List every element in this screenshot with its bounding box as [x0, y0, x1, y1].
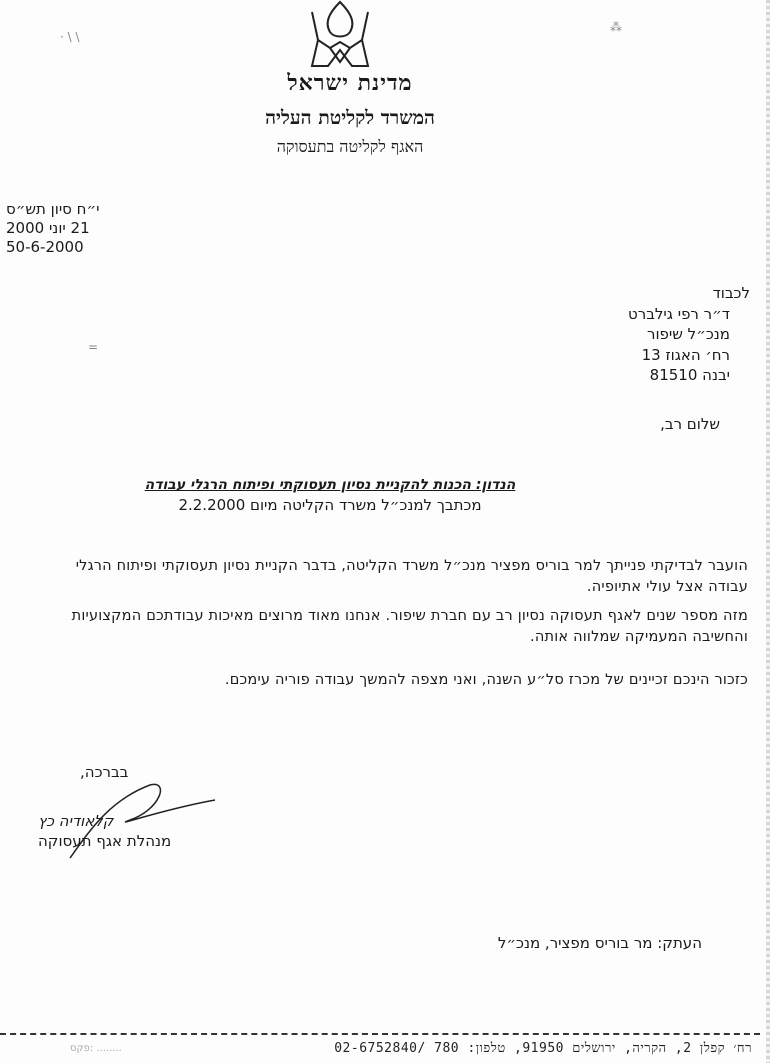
scan-edge [766, 0, 770, 1063]
recipient-name: ד״ר רפי גילברט [510, 304, 750, 325]
carbon-copy: העתק: מר בוריס מפציר, מנכ״ל [498, 934, 702, 952]
reference-number: 50-6-2000 [6, 238, 100, 257]
scan-mark: ⁂ [610, 20, 622, 34]
body-paragraph-2: מזה מספר שנים לאגף תעסוקה נסיון רב עם חב… [48, 606, 748, 648]
recipient-city: יבנה 81510 [510, 365, 750, 386]
signer-role: מנהלת אגף תעסוקה [38, 832, 171, 850]
date-block: י״ח סיון תש״ס 21 יוני 2000 50-6-2000 [6, 200, 100, 257]
body-paragraph-3: כזכור הינכם זכיינים של מכרז סל״ע השנה, ו… [48, 670, 748, 691]
scan-mark: · \ \ [60, 30, 80, 44]
closing-regards: בברכה, [80, 763, 128, 781]
recipient-address: לכבוד ד״ר רפי גילברט מנכ״ל שיפור רח׳ האג… [510, 283, 750, 386]
signer-name: קלאודיה כץ [38, 812, 113, 830]
recipient-salutation: לכבוד [510, 283, 750, 304]
footer-divider [0, 1033, 760, 1035]
recipient-title: מנכ״ל שיפור [510, 324, 750, 345]
subject-reference: מכתבך למנכ״ל משרד הקליטה מיום 2.2.2000 [120, 496, 540, 514]
scan-mark: = [88, 340, 98, 354]
footer-faint-text: פקס: ........ [70, 1043, 122, 1054]
recipient-street: רח׳ האגוז 13 [510, 345, 750, 366]
letterhead-ministry: המשרד לקליטת העליה [150, 107, 550, 130]
emblem-hands-flame-icon [300, 0, 380, 68]
subject-line: הנדון: הכנות להקניית נסיון תעסוקתי ופיתו… [120, 477, 540, 493]
body-paragraph-1: הועבר לבדיקתי פנייתך למר בוריס מפציר מנכ… [48, 556, 748, 598]
subject-block: הנדון: הכנות להקניית נסיון תעסוקתי ופיתו… [120, 477, 540, 514]
greeting: שלום רב, [660, 415, 720, 433]
footer-address: רח׳ קפלן 2, הקריה, ירושלים 91950, טלפון:… [334, 1040, 752, 1056]
letterhead-department: האגף לקליטה בתעסוקה [150, 137, 550, 157]
hebrew-date: י״ח סיון תש״ס [6, 200, 100, 219]
gregorian-date: 21 יוני 2000 [6, 219, 100, 238]
letterhead-state: מדינת ישראל [150, 70, 550, 96]
